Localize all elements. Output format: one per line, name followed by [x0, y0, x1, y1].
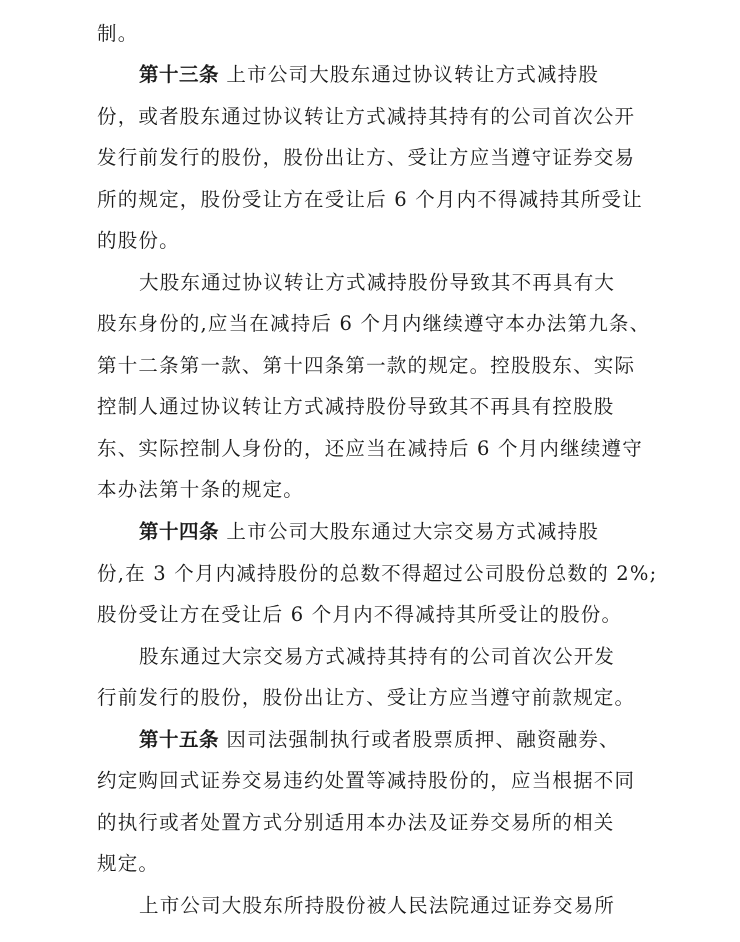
text-line: 上市公司大股东所持股份被人民法院通过证券交易所 — [139, 886, 615, 926]
line-text: 股东通过大宗交易方式减持其持有的公司首次公开发 — [139, 645, 615, 668]
line-text: 控制人通过协议转让方式减持股份导致其不再具有控股股 — [97, 395, 615, 418]
line-text: 本办法第十条的规定。 — [97, 478, 304, 501]
text-line: 大股东通过协议转让方式减持股份导致其不再具有大 — [139, 263, 615, 303]
line-text: 大股东通过协议转让方式减持股份导致其不再具有大 — [139, 271, 615, 294]
article-13-heading-line: 第十三条 上市公司大股东通过协议转让方式减持股 — [139, 55, 599, 95]
line-text: 的股份。 — [97, 229, 180, 252]
line-text: 上市公司大股东所持股份被人民法院通过证券交易所 — [139, 894, 615, 917]
text-line: 所的规定，股份受让方在受让后 6 个月内不得减持其所受让 — [97, 180, 643, 220]
line-text: 的执行或者处置方式分别适用本办法及证券交易所的相关 — [97, 811, 615, 834]
line-text: 制。 — [97, 22, 138, 45]
text-line: 发行前发行的股份，股份出让方、受让方应当遵守证券交易 — [97, 138, 635, 178]
line-text: 约定购回式证券交易违约处置等减持股份的，应当根据不同 — [97, 769, 635, 792]
text-line: 份，或者股东通过协议转让方式减持其持有的公司首次公开 — [97, 97, 635, 137]
line-text: 东、实际控制人身份的，还应当在减持后 6 个月内继续遵守 — [97, 437, 643, 460]
line-text: 第十二条第一款、第十四条第一款的规定。控股股东、实际 — [97, 354, 635, 377]
line-text: 上市公司大股东通过协议转让方式减持股 — [226, 63, 599, 86]
text-line: 规定。 — [97, 844, 159, 884]
article-heading: 第十三条 — [139, 63, 219, 86]
text-line: 股份受让方在受让后 6 个月内不得减持其所受让的股份。 — [97, 595, 622, 635]
line-text: 份,在 3 个月内减持股份的总数不得超过公司股份总数的 2%; — [97, 562, 657, 585]
line-text: 行前发行的股份，股份出让方、受让方应当遵守前款规定。 — [97, 686, 635, 709]
article-heading: 第十五条 — [139, 728, 219, 751]
line-text: 股东身份的,应当在减持后 6 个月内继续遵守本办法第九条、 — [97, 312, 650, 335]
line-text: 发行前发行的股份，股份出让方、受让方应当遵守证券交易 — [97, 146, 635, 169]
article-15-heading-line: 第十五条 因司法强制执行或者股票质押、融资融券、 — [139, 720, 620, 760]
text-line: 东、实际控制人身份的，还应当在减持后 6 个月内继续遵守 — [97, 429, 643, 469]
text-line: 的股份。 — [97, 221, 180, 261]
line-text: 份，或者股东通过协议转让方式减持其持有的公司首次公开 — [97, 105, 635, 128]
text-line: 的执行或者处置方式分别适用本办法及证券交易所的相关 — [97, 803, 615, 843]
text-line: 制。 — [97, 14, 138, 54]
text-line: 第十二条第一款、第十四条第一款的规定。控股股东、实际 — [97, 346, 635, 386]
text-line: 股东身份的,应当在减持后 6 个月内继续遵守本办法第九条、 — [97, 304, 650, 344]
text-line: 行前发行的股份，股份出让方、受让方应当遵守前款规定。 — [97, 678, 635, 718]
line-text: 上市公司大股东通过大宗交易方式减持股 — [226, 520, 599, 543]
text-line: 份,在 3 个月内减持股份的总数不得超过公司股份总数的 2%; — [97, 554, 657, 594]
text-line: 本办法第十条的规定。 — [97, 470, 304, 510]
text-line: 约定购回式证券交易违约处置等减持股份的，应当根据不同 — [97, 761, 635, 801]
line-text: 股份受让方在受让后 6 个月内不得减持其所受让的股份。 — [97, 603, 622, 626]
line-text: 所的规定，股份受让方在受让后 6 个月内不得减持其所受让 — [97, 188, 643, 211]
line-text: 规定。 — [97, 852, 159, 875]
line-text: 因司法强制执行或者股票质押、融资融券、 — [226, 728, 619, 751]
text-line: 股东通过大宗交易方式减持其持有的公司首次公开发 — [139, 637, 615, 677]
text-line: 控制人通过协议转让方式减持股份导致其不再具有控股股 — [97, 387, 615, 427]
article-14-heading-line: 第十四条 上市公司大股东通过大宗交易方式减持股 — [139, 512, 599, 552]
article-heading: 第十四条 — [139, 520, 219, 543]
